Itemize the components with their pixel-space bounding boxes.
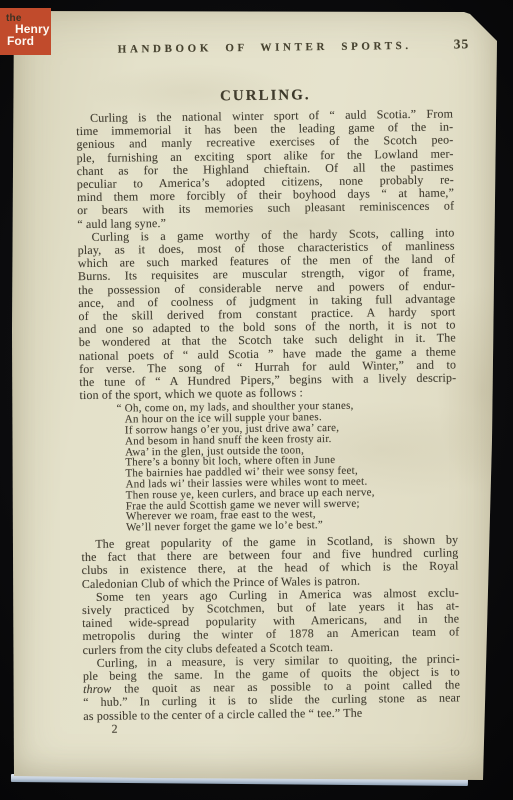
running-header: HANDBOOK OF WINTER SPORTS. 35 [76,39,453,56]
page-text: HANDBOOK OF WINTER SPORTS. 35 CURLING. C… [72,25,463,774]
book-page: HANDBOOK OF WINTER SPORTS. 35 CURLING. C… [12,10,497,782]
paragraph-intro: Curling is the national winter sport of … [76,107,454,230]
running-title: HANDBOOK OF WINTER SPORTS. [118,40,412,56]
paragraph-quoiting: Curling, in a measure, is very similar t… [83,652,461,723]
poem-quote: “ Oh, come on, my lads, and shoulther yo… [117,400,459,534]
henry-ford-logo: the Henry Ford [0,8,51,55]
photo-background: HANDBOOK OF WINTER SPORTS. 35 CURLING. C… [0,0,513,800]
chapter-title: CURLING. [77,85,454,107]
page-number: 35 [454,36,470,52]
logo-ford: Ford [7,34,34,48]
paragraph-curling-america: Some ten years ago Curling in America wa… [82,586,460,657]
body-text: Curling is the national winter sport of … [76,107,461,736]
paragraph-scotland-clubs: The great popularity of the game in Scot… [81,533,459,590]
text-line: We’ll never forget the game we lo’e best… [118,519,458,534]
paragraph-hardy-scots: Curling is a game worthy of the hardy Sc… [77,226,456,402]
